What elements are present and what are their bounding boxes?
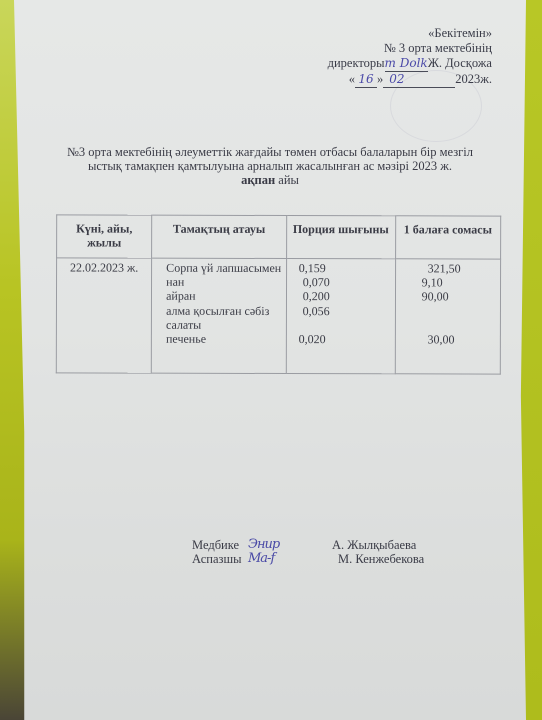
cell-portions: 0,159 0,070 0,200 0,056 0,020	[286, 259, 395, 374]
portion-value	[291, 318, 391, 332]
signature-role: Медбике	[192, 538, 248, 552]
date-month: 02	[383, 72, 455, 88]
title-month: ақпан айы	[60, 173, 480, 187]
month-suffix: айы	[275, 173, 299, 187]
document-title: №3 орта мектебінің әлеуметтік жағдайы тө…	[60, 145, 480, 187]
price-value: 30,00	[399, 332, 495, 346]
dish-item: печенье	[166, 332, 282, 347]
dish-item: алма қосылған сәбіз	[166, 303, 282, 318]
title-line2: ыстық тамақпен қамтылуына арналып жасалы…	[60, 159, 480, 173]
header-portion: Порция шығыны	[286, 216, 395, 259]
cell-date: 22.02.2023 ж.	[56, 258, 151, 373]
title-line1: №3 орта мектебінің әлеуметтік жағдайы тө…	[60, 145, 480, 159]
price-value: 321,50	[400, 261, 496, 275]
approval-line2: директорыm DolkЖ. Досқожа	[328, 56, 492, 72]
menu-table: Күні, айы, жылы Тамақтың атауы Порция шы…	[56, 214, 501, 374]
portion-value: 0,020	[291, 332, 391, 346]
dish-item: айран	[166, 289, 282, 304]
handwritten-signature: Ма-f	[248, 552, 332, 566]
handwritten-signature: Энир	[248, 538, 332, 552]
date-year: 2023ж.	[455, 72, 492, 86]
approval-heading: «Бекітемін»	[328, 26, 492, 41]
approval-date: «16»022023ж.	[328, 72, 492, 88]
approval-block: «Бекітемін» № 3 орта мектебінің директор…	[328, 26, 492, 88]
portion-value: 0,056	[291, 304, 391, 318]
header-price: 1 балаға сомасы	[395, 216, 500, 259]
portion-value: 0,200	[291, 289, 391, 303]
price-value	[400, 304, 496, 318]
signature-role: Аспазшы	[192, 552, 248, 566]
signature-name: А. Жылқыбаева	[332, 538, 416, 552]
table-row: 22.02.2023 ж. Сорпа үй лапшасымен нан ай…	[56, 258, 500, 374]
dish-item: салаты	[166, 318, 282, 333]
portion-value: 0,070	[291, 275, 391, 289]
header-dish-name: Тамақтың атауы	[152, 215, 287, 258]
dish-item: нан	[166, 275, 282, 290]
header-date: Күні, айы, жылы	[57, 215, 152, 258]
signature-name: М. Кенжебекова	[332, 552, 424, 566]
price-value: 9,10	[400, 276, 496, 290]
table-header-row: Күні, айы, жылы Тамақтың атауы Порция шы…	[57, 215, 501, 259]
dish-item: Сорпа үй лапшасымен	[166, 261, 282, 276]
price-value: 90,00	[400, 290, 496, 304]
cell-prices: 321,50 9,10 90,00 30,00	[395, 259, 501, 374]
date-day: 16	[355, 72, 377, 88]
signature-row-nurse: Медбике Энир А. Жылқыбаева	[192, 538, 424, 552]
approval-role: директоры	[328, 56, 385, 70]
cell-dish-names: Сорпа үй лапшасымен нан айран алма қосыл…	[151, 258, 286, 373]
portion-value: 0,159	[291, 261, 391, 275]
director-signature: m Dolk	[385, 56, 428, 72]
approval-line1: № 3 орта мектебінің	[328, 41, 492, 56]
signatures-block: Медбике Энир А. Жылқыбаева Аспазшы Ма-f …	[192, 538, 424, 566]
price-value	[400, 318, 496, 332]
signature-row-cook: Аспазшы Ма-f М. Кенжебекова	[192, 552, 424, 566]
month-name: ақпан	[241, 173, 275, 187]
director-name: Ж. Досқожа	[428, 56, 492, 70]
